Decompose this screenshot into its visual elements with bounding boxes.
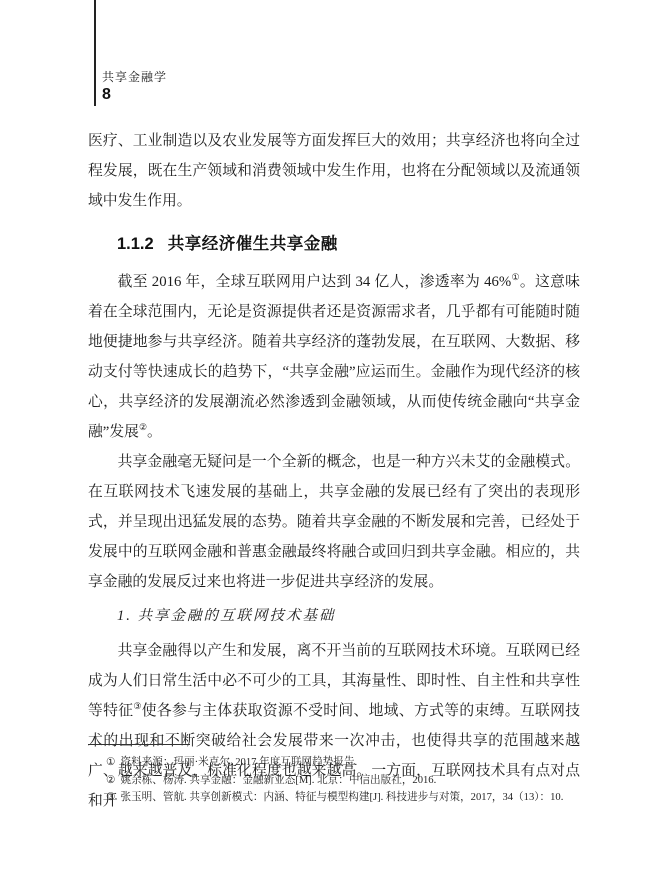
- section-number: 1.1.2: [117, 235, 154, 253]
- footnote-divider: [88, 744, 190, 745]
- running-head: 共享金融学 8: [94, 0, 167, 106]
- paragraph-internet-users: 截至 2016 年，全球互联网用户达到 34 亿人，渗透率为 46%①。这意味着…: [88, 267, 580, 447]
- page-number: 8: [102, 85, 167, 104]
- page-body: 医疗、工业制造以及农业发展等方面发挥巨大的效用；共享经济也将向全过程发展，既在生…: [88, 126, 580, 816]
- book-title: 共享金融学: [102, 69, 167, 85]
- footnote-1: ①资料来源：玛丽·米克尔. 2017 年度互联网趋势报告.: [106, 754, 588, 772]
- footnote-2: ②姚余栋、杨涛. 共享金融：金融新业态[M]. 北京：中信出版社，2016.: [106, 772, 588, 790]
- footnote-3: ③张玉明、管航. 共享创新模式：内涵、特征与模型构建[J]. 科技进步与对策，2…: [106, 789, 588, 807]
- subsection-heading-tech-basis: 1. 共享金融的互联网技术基础: [88, 602, 580, 630]
- footnote-text: 张玉明、管航. 共享创新模式：内涵、特征与模型构建[J]. 科技进步与对策，20…: [121, 792, 564, 803]
- footnote-marker: ①: [106, 757, 116, 768]
- footnote-text: 资料来源：玛丽·米克尔. 2017 年度互联网趋势报告.: [121, 757, 358, 768]
- section-heading-1-1-2: 1.1.2共享经济催生共享金融: [88, 230, 580, 254]
- section-title: 共享经济催生共享金融: [168, 235, 338, 253]
- book-page: { "header": { "book_title": "共享金融学", "pa…: [0, 0, 665, 892]
- footnote-marker: ②: [106, 775, 116, 786]
- footnotes: ①资料来源：玛丽·米克尔. 2017 年度互联网趋势报告. ②姚余栋、杨涛. 共…: [88, 744, 588, 807]
- footnote-text: 姚余栋、杨涛. 共享金融：金融新业态[M]. 北京：中信出版社，2016.: [121, 775, 437, 786]
- footnote-marker: ③: [106, 792, 116, 803]
- paragraph-new-concept: 共享金融毫无疑问是一个全新的概念，也是一种方兴未艾的金融模式。在互联网技术飞速发…: [88, 447, 580, 597]
- paragraph-intro-continuation: 医疗、工业制造以及农业发展等方面发挥巨大的效用；共享经济也将向全过程发展，既在生…: [88, 126, 580, 216]
